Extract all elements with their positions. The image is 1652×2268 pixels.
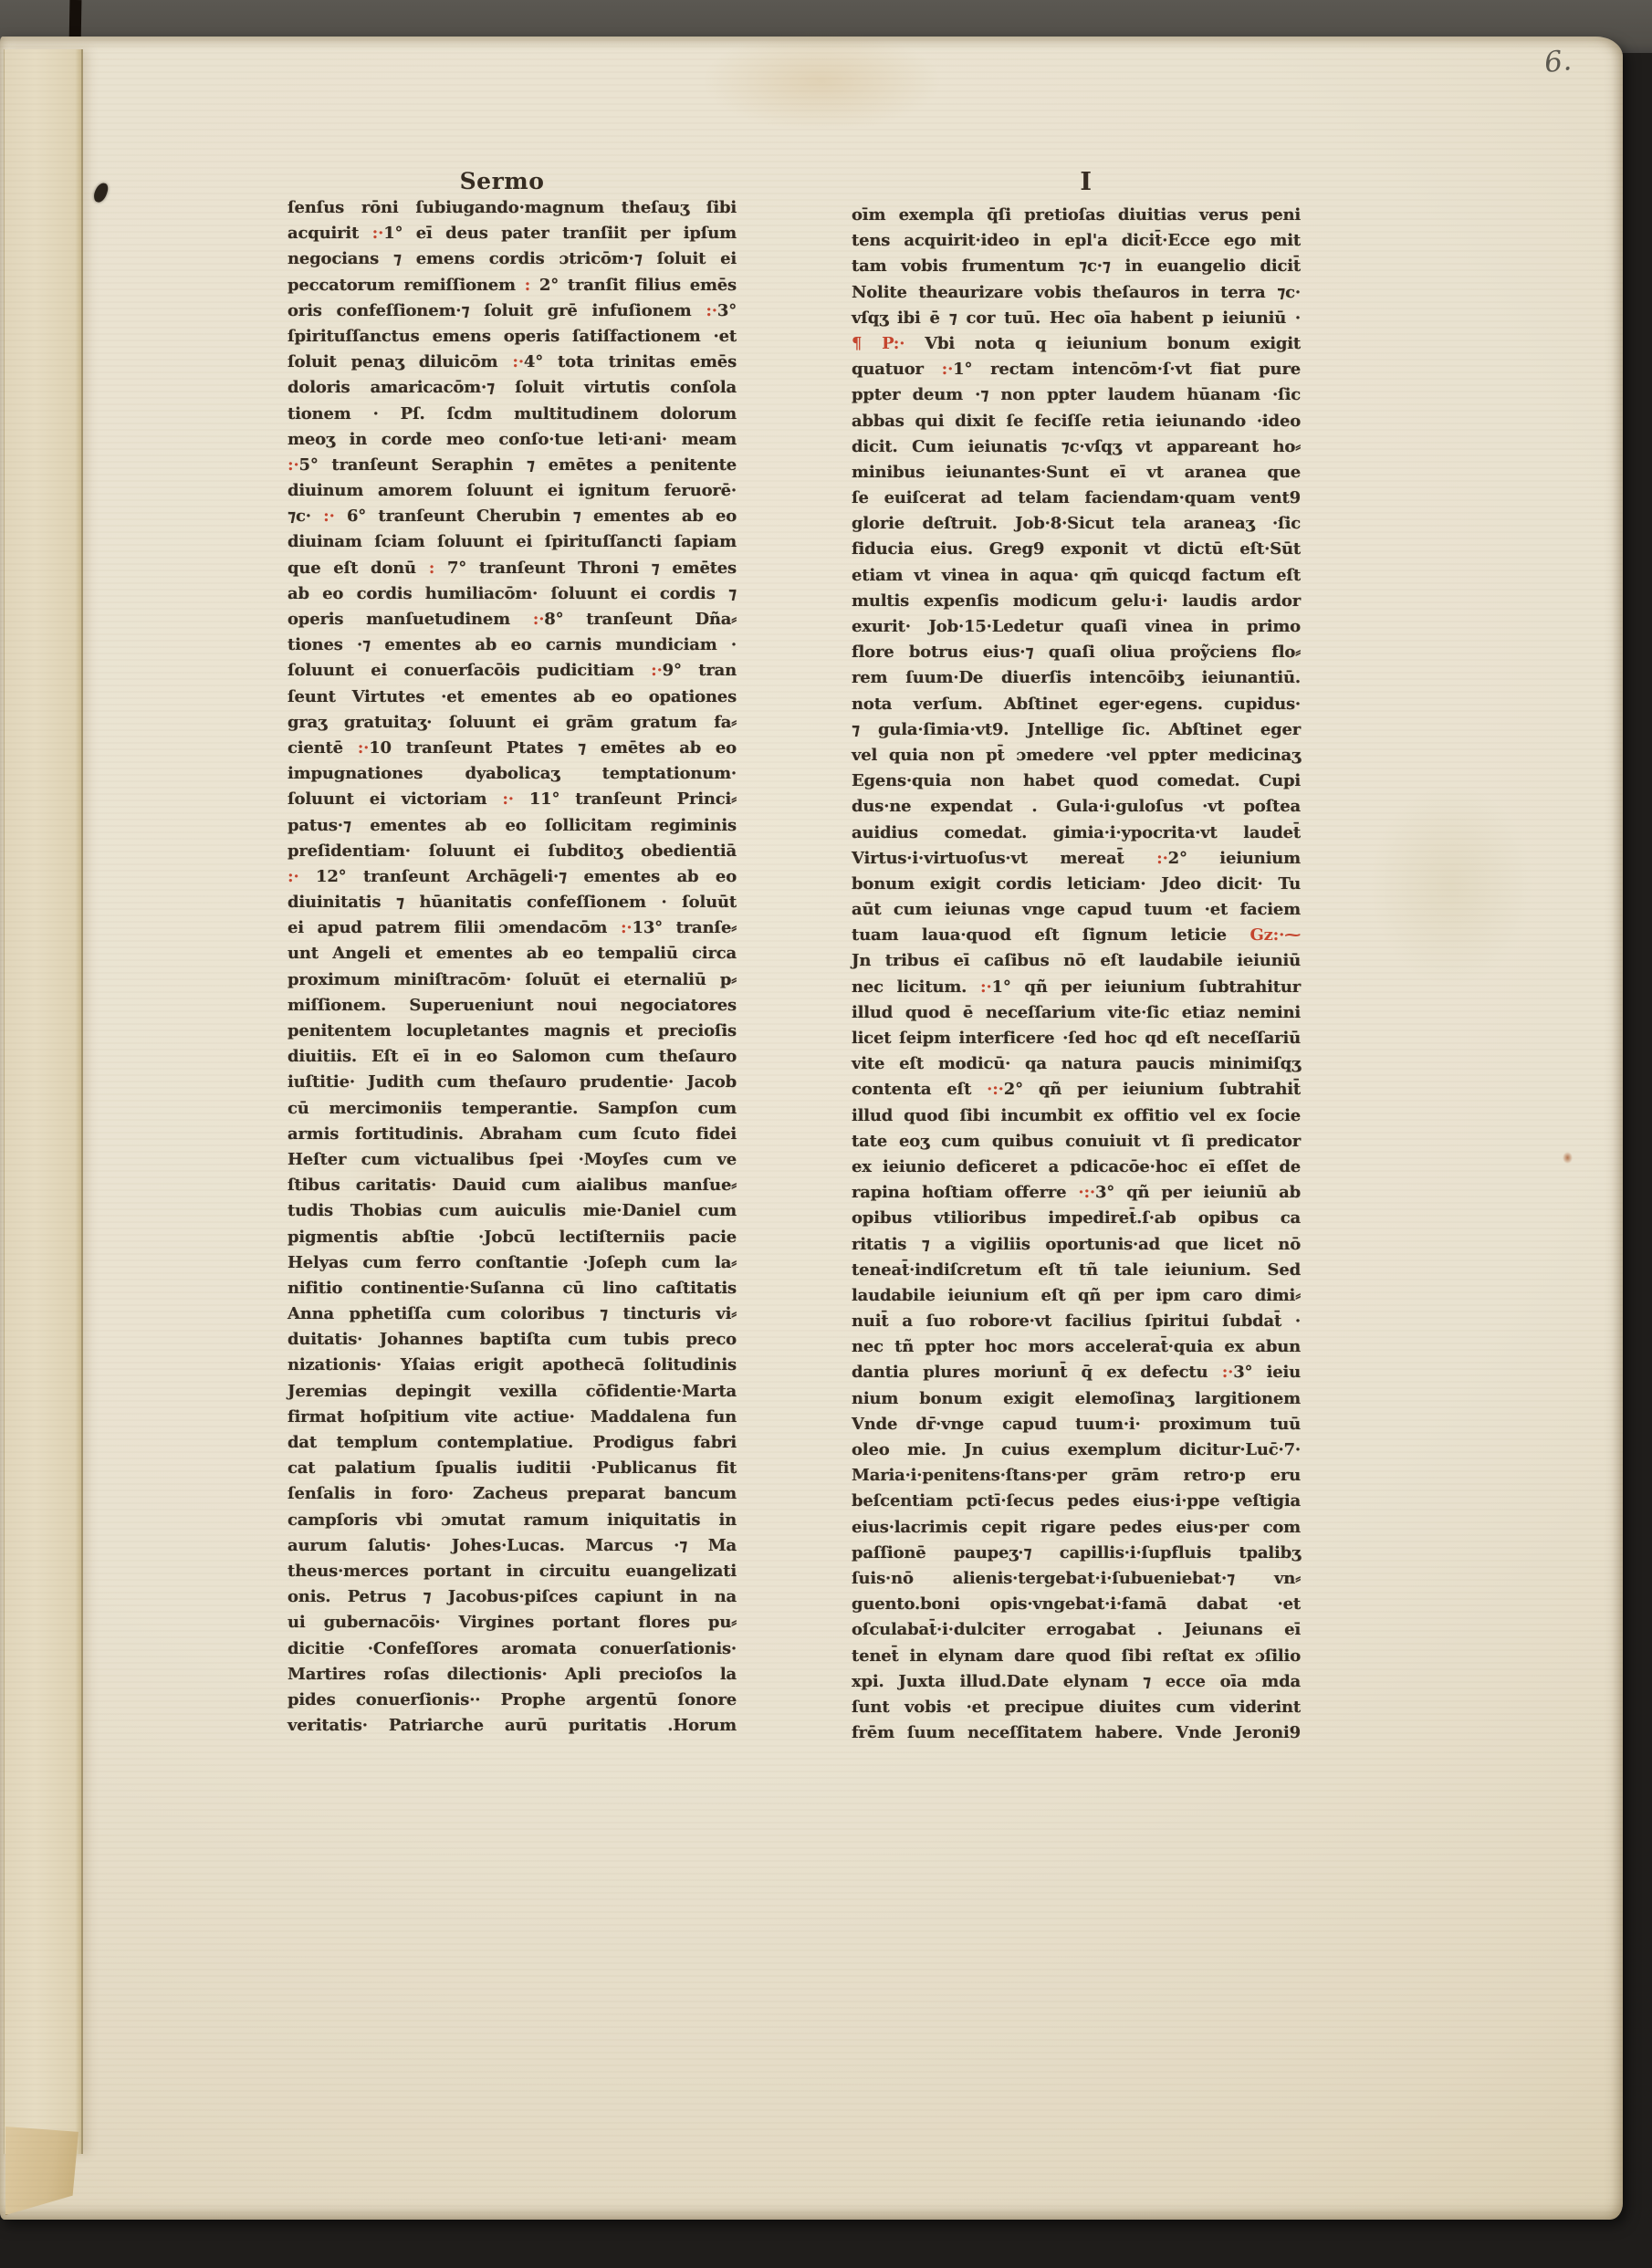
text-line: tuam laua·quod eſt ſignum leticie Gz:·⁓ [852,923,1301,948]
text-line: tate eoʒ cum quibus conuiuit vt ſi predi… [852,1129,1301,1155]
rubric-mark: :· [651,661,663,680]
text-line: negocians ⁊ emens cordis ɔtricōm·⁊ ſolui… [288,246,737,272]
text-line: ſoluit penaʒ diluicōm :·4° tota trinitas… [288,350,737,375]
rubric-mark: :· [512,352,524,371]
text-line: aūt cum ieiunas vnge capud tuum ·et faci… [852,897,1301,923]
rubric-mark: :· [621,918,633,937]
rubric-mark: :· [1222,1363,1234,1382]
text-line: meoʒ in corde meo conſo·tue leti·ani· me… [288,427,737,453]
rubric-mark: :· [706,301,717,320]
text-line: ſoluunt ei conuerſacōis pudicitiam :·9° … [288,658,737,684]
text-line: Helyas cum ferro conſtantie ·Joſeph cum … [288,1250,737,1276]
text-line: quatuor :·1° rectam intencōm·ſ·vt fiat p… [852,357,1301,382]
text-line: ſenſalis in foro· Zacheus preparat bancu… [288,1481,737,1507]
text-line: onis. Petrus ⁊ Jacobus·piſces capiunt in… [288,1584,737,1610]
text-line: :· 12° tranſeunt Archāgeli·⁊ ementes ab … [288,864,737,890]
stain [1563,1152,1573,1164]
text-line: proximum miniſtracōm· ſoluūt ei eternali… [288,967,737,993]
text-line: dicitie ·Confeſſores aromata conuerſatio… [288,1636,737,1662]
text-line: Anna pphetiſſa cum coloribus ⁊ tincturis… [288,1301,737,1327]
text-line: tudis Thobias cum auiculis mie·Daniel cu… [288,1198,737,1224]
rubric-mark: :· [288,867,299,886]
text-line: :·5° tranſeunt Seraphin ⁊ emētes a penit… [288,453,737,478]
text-line: flore botrus eius·⁊ quaſi oliua proỹcien… [852,640,1301,665]
text-line: rapina hoſtiam offerre ·:·3° qñ per ieiu… [852,1180,1301,1206]
text-line: miſſionem. Superueniunt noui negociatore… [288,993,737,1019]
rubric-mark: Gz:·⁓ [1249,925,1301,945]
text-line: impugnationes dyabolicaʒ temptationum· [288,761,737,787]
running-title-sermo: Sermo [392,168,612,194]
text-line: tenet̄ in elynam dare quod ſibi reſtat e… [852,1644,1301,1669]
text-line: illud quod ſibi incumbit ex offitio vel … [852,1103,1301,1129]
text-column-right: oīm exempla q̄ſi pretioſas diuitias veru… [852,203,1301,1746]
text-line: ui gubernacōis· Virgines portant flores … [288,1610,737,1636]
text-line: Vnde dr̄·vnge capud tuum·i· proximum tuū [852,1412,1301,1437]
text-line: tens acquirit·ideo in epl'a dicit̄·Ecce … [852,228,1301,254]
text-line: nota verſum. Abſtinet eger·egens. cupidu… [852,692,1301,717]
text-line: pigmentis abſtie ·Jobcū lectiſterniis pa… [288,1225,737,1250]
text-line: exurit· Job·15·Ledetur quaſi vinea in pr… [852,614,1301,640]
text-line: dantia plures moriunt̄ q̄ ex defectu :·3… [852,1360,1301,1385]
text-line: Nolite theaurizare vobis theſauros in te… [852,280,1301,306]
text-line: illud quod ē neceſſarium vite·ſic etiaz … [852,1000,1301,1026]
text-line: nizationis· Yſaias erigit apothecā ſolit… [288,1353,737,1378]
text-line: contenta eſt ·:·2° qñ per ieiunium ſubtr… [852,1077,1301,1103]
text-line: patus·⁊ ementes ab eo ſollicitam regimin… [288,813,737,839]
text-line: nifitio continentie·Suſanna cū lino caſt… [288,1276,737,1301]
text-line: ſpirituſſanctus emens operis ſatiſfactio… [288,324,737,350]
text-line: doloris amaricacōm·⁊ ſoluit virtutis con… [288,375,737,401]
folio-mark-numeral: I [1031,168,1141,196]
text-line: vel quia non pt̄ ɔmedere ·vel ppter medi… [852,743,1301,768]
rubric-mark: :· [358,738,370,758]
text-line: laudabile ieiunium eſt qñ per ipm caro d… [852,1283,1301,1309]
text-line: oris confeſſionem·⁊ ſoluit grē infuſione… [288,298,737,324]
text-line: nium bonum exigit elemoſinaʒ largitionem [852,1386,1301,1412]
text-line: dus·ne expendat . Gula·i·guloſus ·vt poſ… [852,794,1301,820]
text-line: diuitiis. Eſt eī in eo Salomon cum theſa… [288,1044,737,1070]
text-line: Jeremias depingit vexilla cōfidentie·Mar… [288,1379,737,1405]
rubric-mark: ·:· [987,1080,1004,1099]
text-line: Virtus·i·virtuoſus·vt mereat̄ :·2° ieiun… [852,846,1301,872]
text-line: diuinam ſciam ſoluunt ei ſpirituſſancti … [288,529,737,555]
text-line: oīm exempla q̄ſi pretioſas diuitias veru… [852,203,1301,228]
stain [703,31,940,131]
text-line: cat palatium ſpualis iuditii ·Publicanus… [288,1456,737,1481]
text-line: licet ſeipm interficere ·ſed hoc qd eſt … [852,1026,1301,1051]
text-line: armis fortitudinis. Abraham cum ſcuto fi… [288,1122,737,1147]
laid-paper-texture [0,37,1623,2220]
binding-stub-fold [5,2127,78,2215]
rubric-mark: ¶ P:· [852,334,904,353]
text-line: ſenſus rōni ſubiugando·magnum theſauʒ ſi… [288,195,737,221]
text-line: ⁊ gula·ſimia·vt9. Jntellige ſic. Abſtine… [852,717,1301,743]
text-line: abbas qui dixit ſe feciſſe retia ieiunan… [852,409,1301,434]
text-line: nec tñ ppter hoc mors accelerat̄·quia ex… [852,1334,1301,1360]
text-line: beſcentiam pctī·ſecus pedes eius·i·ppe v… [852,1489,1301,1514]
text-line: tiones ·⁊ ementes ab eo carnis mundiciam… [288,632,737,658]
rubric-mark: :· [323,507,335,526]
rubric-mark: :· [533,610,545,629]
text-line: Maria·i·penitens·ſtans·per grām retro·p … [852,1463,1301,1489]
text-line: ei apud patrem filii ɔmendacōm :·13° tra… [288,915,737,941]
text-line: ritatis ⁊ a vigiliis oportunis·ad que li… [852,1232,1301,1258]
text-line: unt Angeli et ementes ab eo tempaliū cir… [288,941,737,967]
rubric-mark: :· [372,224,384,243]
rubric-mark: :· [980,977,992,997]
text-line: ſuis·nō alienis·tergebat·i·ſubueniebat·⁊… [852,1566,1301,1592]
rubric-mark: :· [1156,849,1168,868]
stain [1369,785,1533,986]
text-line: auidius comedat. gimia·i·ypocrita·vt lau… [852,820,1301,846]
text-line: preſidentiam· ſoluunt ei ſubditoʒ obedie… [288,839,737,864]
text-line: ſe euiſcerat ad telam faciendam·quam ven… [852,486,1301,511]
text-line: oſculabat̄·i·dulciter errogabat . Jeiuna… [852,1617,1301,1643]
binding-stub [4,49,83,2154]
text-line: que eſt donū : 7° tranſeunt Throni ⁊ emē… [288,556,737,581]
text-line: opibus vtilioribus impediret̄.ſ·ab opibu… [852,1206,1301,1231]
text-line: guento.boni opis·vngebat·i·famā dabat ·e… [852,1592,1301,1617]
text-line: etiam vt vinea in aqua· qm̄ quicqd factu… [852,563,1301,589]
text-line: eius·lacrimis cepit rigare pedes eius·pe… [852,1515,1301,1541]
parchment-page: 6. Sermo I ſenſus rōni ſubiugando·magnum… [0,37,1623,2220]
text-line: cū mercimoniis temperantie. Sampſon cum [288,1096,737,1122]
text-line: ⁊c· :· 6° tranſeunt Cherubin ⁊ ementes a… [288,504,737,529]
text-line: ſtibus caritatis· Dauid cum aialibus man… [288,1173,737,1198]
text-line: dat templum contemplatiue. Prodigus fabr… [288,1430,737,1456]
rubric-mark: :· [502,789,514,809]
text-line: aurum ſalutis· Johes·Lucas. Marcus ·⁊ Ma [288,1533,737,1559]
text-line: ſunt vobis ·et precipue diuites cum vide… [852,1695,1301,1720]
text-line: operis manſuetudinem :·8° tranſeunt Dña⸗ [288,607,737,632]
text-line: peccatorum remiſſionem : 2° tranſit fili… [288,273,737,298]
text-line: theus·merces portant in circuitu euangel… [288,1559,737,1584]
text-line: pides conuerſionis·· Prophe argentū ſono… [288,1688,737,1713]
text-line: Egens·quia non habet quod comedat. Cupi [852,768,1301,794]
rubric-mark: :· [942,360,954,379]
text-line: firmat hoſpitium vite actiue· Maddalena … [288,1405,737,1430]
text-line: ſoluunt ei victoriam :· 11° tranſeunt Pr… [288,787,737,812]
text-line: penitentem locupletantes magnis et preci… [288,1019,737,1044]
text-line: Jn tribus eī caſibus nō eſt laudabile ie… [852,948,1301,974]
rubric-mark: : [525,276,530,295]
text-line: acquirit :·1° eī deus pater tranſiit per… [288,221,737,246]
text-line: duitatis· Johannes baptiſta cum tubis pr… [288,1327,737,1353]
text-line: Martires roſas dilectionis· Apli precioſ… [288,1662,737,1688]
text-line: bonum exigit cordis leticiam· Jdeo dicit… [852,872,1301,897]
text-line: dicit. Cum ieiunatis ⁊c·vſqʒ vt apparean… [852,434,1301,460]
text-line: minibus ieiunantes·Sunt eī vt aranea que [852,460,1301,486]
text-line: ppter deum ·⁊ non ppter laudem hūanam ·ſ… [852,382,1301,408]
text-line: vite eſt modicū· qa natura paucis minimi… [852,1051,1301,1077]
text-line: oleo mie. Jn cuius exemplum dicitur·Luc̄… [852,1437,1301,1463]
text-line: graʒ gratuitaʒ· ſoluunt ei grām gratum f… [288,710,737,736]
text-line: vſqʒ ibi ē ⁊ cor tuū. Hec oīa habent p i… [852,306,1301,331]
text-column-left: ſenſus rōni ſubiugando·magnum theſauʒ ſi… [288,195,737,1739]
text-line: rem ſuum·De diuerſis intencōibʒ ieiunant… [852,665,1301,691]
rubric-mark: : [429,559,434,578]
text-line: xpi. Juxta illud.Date elynam ⁊ ecce oīa … [852,1669,1301,1695]
text-line: iuſtitie· Judith cum theſauro prudentie·… [288,1070,737,1095]
text-line: diuinum amorem ſoluunt ei ignitum feruor… [288,478,737,504]
text-line: nec licitum. :·1° qñ per ieiunium ſubtra… [852,975,1301,1000]
rubric-mark: :· [288,455,299,475]
ink-blot [92,182,110,204]
text-line: teneat̄·indiſcretum eſt tñ tale ieiunium… [852,1258,1301,1283]
text-line: ab eo cordis humiliacōm· ſoluunt ei cord… [288,581,737,607]
rubric-mark: ·:· [1078,1183,1095,1202]
text-line: veritatis· Patriarche aurū puritatis .Ho… [288,1713,737,1739]
text-line: ſeunt Virtutes ·et ementes ab eo opation… [288,685,737,710]
text-line: ex ieiunio deficeret a pdicacōe·hoc eī e… [852,1155,1301,1180]
scanned-book-page: { "colors": { "ink": "#362c22", "rubric_… [0,0,1652,2268]
text-line: glorie deſtruit. Job·8·Sicut tela aranea… [852,511,1301,537]
text-line: Heſter cum victualibus ſpei ·Moyſes cum … [288,1147,737,1173]
text-line: campſoris vbi ɔmutat ramum iniquitatis i… [288,1508,737,1533]
text-line: cientē :·10 tranſeunt Ptates ⁊ emētes ab… [288,736,737,761]
text-line: tam vobis frumentum ⁊c·⁊ in euangelio di… [852,254,1301,279]
handwritten-folio-number: 6. [1542,41,1600,79]
text-line: tionem · Pſ. ſcdm multitudinem dolorum [288,402,737,427]
text-line: diuinitatis ⁊ hūanitatis confeſſionem · … [288,890,737,915]
text-line: paſſionē paupeʒ·⁊ capillis·i·ſupfluis tp… [852,1541,1301,1566]
text-line: nuit̄ a ſuo robore·vt facilius ſpiritui … [852,1309,1301,1334]
text-line: ¶ P:· Vbi nota q ieiunium bonum exigit [852,331,1301,357]
text-line: fiducia eius. Greg9 exponit vt dictū eſt… [852,537,1301,562]
text-line: frēm ſuum neceſſitatem habere. Vnde Jero… [852,1720,1301,1746]
text-line: multis expenſis modicum gelu·i· laudis a… [852,589,1301,614]
